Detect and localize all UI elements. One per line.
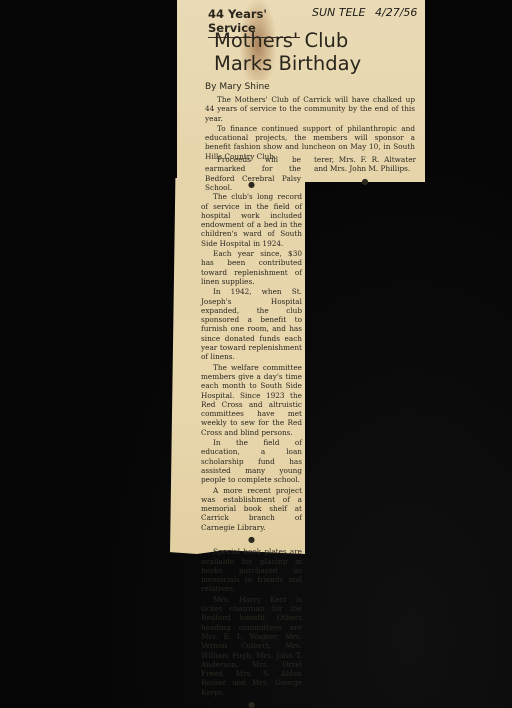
paragraph: A more recent project was establishment … xyxy=(201,486,302,532)
headline: Mothers' Club Marks Birthday xyxy=(214,29,361,75)
bullet: ● xyxy=(201,700,302,708)
paragraph: In the field of education, a loan schola… xyxy=(201,438,302,484)
paragraph: The welfare committee members give a day… xyxy=(201,363,302,437)
main-column: ● The club's long record of service in t… xyxy=(201,177,302,708)
headline-line1: Mothers' Club xyxy=(214,29,361,52)
paragraph: Special book plates are available for pl… xyxy=(201,547,302,593)
bullet: ● xyxy=(201,180,302,189)
bullet: ● xyxy=(314,177,416,186)
paragraph: terer, Mrs. F. R. Altwater and Mrs. John… xyxy=(314,155,416,174)
handwritten-date: 4/27/56 xyxy=(375,6,417,19)
paragraph: Each year since, $30 has been contribute… xyxy=(201,249,302,286)
paragraph: Mrs. Harry Kerr is ticket chairman for t… xyxy=(201,595,302,697)
paragraph: In 1942, when St. Joseph's Hospital expa… xyxy=(201,287,302,361)
intro-text: The Mothers' Club of Carrick will have c… xyxy=(205,95,415,161)
handwritten-source: SUN TELE xyxy=(312,6,366,19)
headline-line2: Marks Birthday xyxy=(214,52,361,75)
column-right-top: terer, Mrs. F. R. Altwater and Mrs. John… xyxy=(314,155,416,189)
paragraph: The club's long record of service in the… xyxy=(201,192,302,248)
paragraph: The Mothers' Club of Carrick will have c… xyxy=(205,95,415,123)
bullet: ● xyxy=(201,535,302,544)
byline: By Mary Shine xyxy=(205,82,270,92)
